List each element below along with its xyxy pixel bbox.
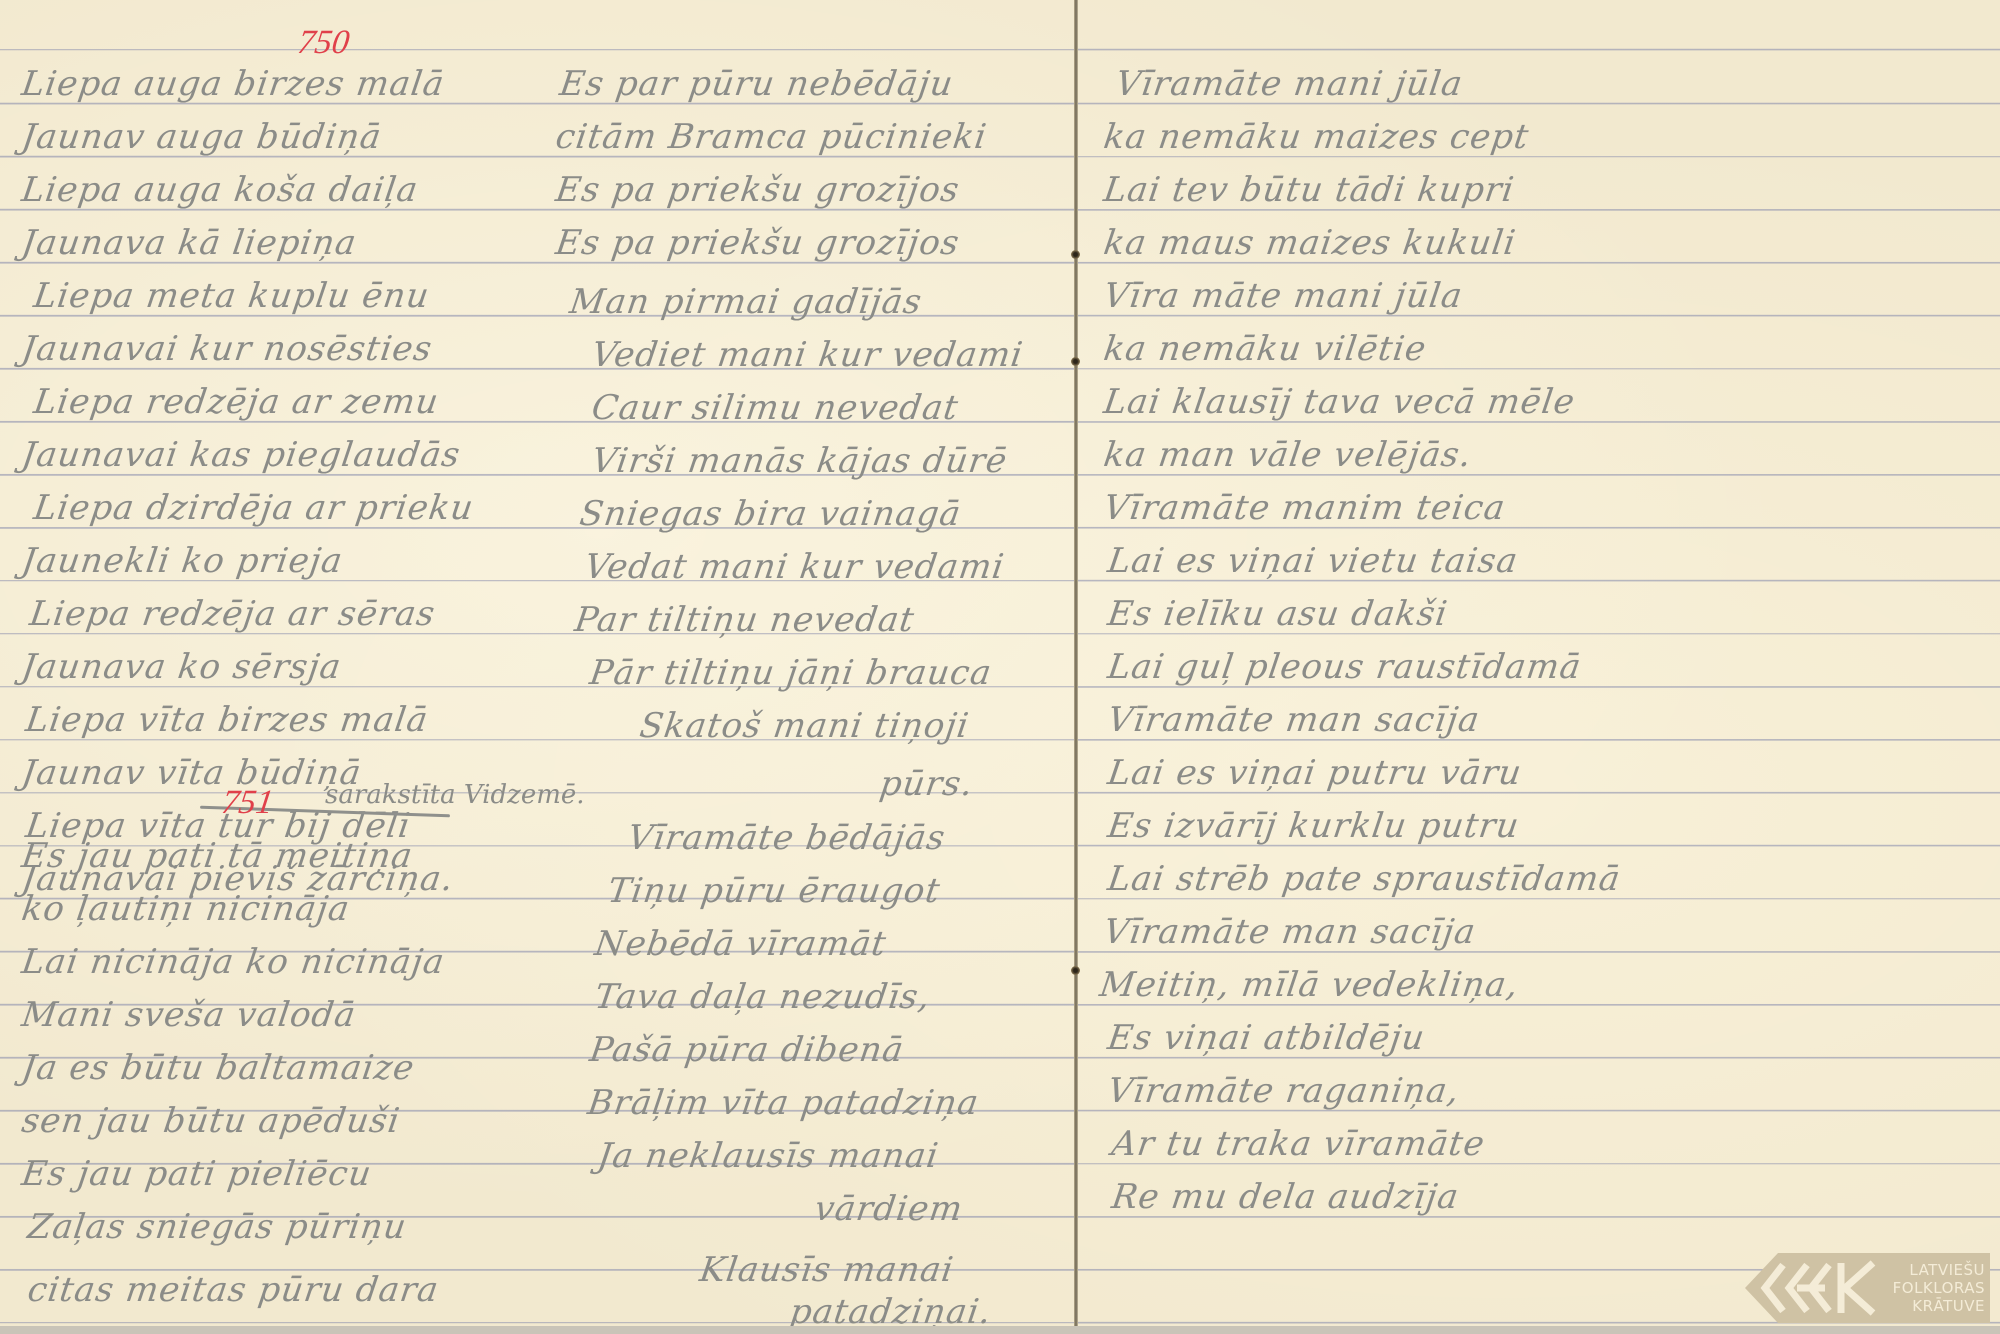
verse-line: ka nemāku maizes cept <box>1101 117 1531 157</box>
verse-line: Ar tu traka vīramāte <box>1109 1124 1487 1164</box>
left-page: 750 Liepa auga birzes malā Jaunav auga b… <box>0 0 1075 1326</box>
verse-line: Vīramāte mani jūla <box>1113 64 1465 104</box>
verse-line: Ja neklausīs manai <box>595 1136 941 1176</box>
scan-bottom-edge <box>0 1326 2000 1334</box>
verse-line: Jaunava kā liepiņa <box>19 223 359 263</box>
verse-line: Ja es būtu baltamaize <box>19 1048 417 1088</box>
notebook-spread: 750 Liepa auga birzes malā Jaunav auga b… <box>0 0 2000 1326</box>
verse-line: Vīramāte bēdājās <box>625 818 948 858</box>
verse-line: Vīra māte mani jūla <box>1101 276 1465 316</box>
verse-line: Es jau pati pieliēcu <box>19 1154 374 1194</box>
verse-line: Es izvārīj kurklu putru <box>1105 806 1522 846</box>
verse-line: Nebēdā vīramāt <box>592 924 889 964</box>
verse-line: Es par pūru nebēdāju <box>557 64 956 104</box>
verse-line: Liepa auga birzes malā <box>19 64 447 104</box>
verse-line: Vīramāte man sacīja <box>1105 700 1482 740</box>
verse-line: Jaunav auga būdiņā <box>19 117 384 157</box>
verse-line: Liepa redzēja ar zemu <box>31 382 441 422</box>
verse-line: Pār tiltiņu jāņi brauca <box>587 653 994 693</box>
verse-line: Lai klausīj tava vecā mēle <box>1101 382 1577 422</box>
logo-text: LATVIEŠU FOLKLORAS KRĀTUVE <box>1889 1261 1985 1315</box>
verse-line: Lai es viņai vietu taisa <box>1105 541 1521 581</box>
verse-line: pūrs. <box>877 764 976 804</box>
verse-line: Pašā pūra dibenā <box>587 1030 906 1070</box>
verse-line: Skatoš mani tiņoji <box>637 706 972 746</box>
verse-line: Liepa meta kuplu ēnu <box>31 276 432 316</box>
verse-line: Liepa redzēja ar sēras <box>27 594 438 634</box>
verse-line: Es pa priekšu grozījos <box>553 170 962 210</box>
verse-line: Lai strēb pate spraustīdamā <box>1105 859 1623 899</box>
verse-line: ka maus maizes kukuli <box>1101 223 1518 263</box>
logo-line-3: KRĀTUVE <box>1889 1297 1985 1315</box>
verse-line: Meitiņ, mīlā vedekliņa, <box>1097 965 1521 1005</box>
verse-line: Klausīs manai <box>697 1250 956 1290</box>
verse-line: Es viņai atbildēju <box>1105 1018 1427 1058</box>
verse-line: Sniegas bira vainagā <box>577 494 964 534</box>
verse-line: vārdiem <box>812 1189 965 1229</box>
verse-line: Lai tev būtu tādi kupri <box>1101 170 1517 210</box>
verse-line: Es jau pati tā meitiņa <box>19 836 415 876</box>
verse-line: Re mu dela audzīja <box>1109 1177 1461 1217</box>
logo-line-1: LATVIEŠU <box>1889 1261 1985 1279</box>
verse-line: Liepa dzirdēja ar prieku <box>31 488 476 528</box>
song-number-751: 751 <box>219 784 275 822</box>
verse-line: Virši manās kājas dūrē <box>589 441 1010 481</box>
verse-line: Jaunava ko sērsja <box>19 647 344 687</box>
verse-line: Lai es viņai putru vāru <box>1105 753 1524 793</box>
verse-line: Es pa priekšu grozījos <box>553 223 962 263</box>
verse-line: Jaunav vīta būdiņā <box>19 753 364 793</box>
verse-line: Par tiltiņu nevedat <box>572 600 917 640</box>
verse-line: citas meitas pūru dara <box>25 1270 441 1310</box>
verse-line: Jaunavai kas pieglaudās <box>19 435 463 475</box>
source-note: sarakstīta Vidzemē. <box>325 780 585 810</box>
verse-line: Zaļas sniegās pūriņu <box>25 1207 409 1247</box>
verse-line: patadziņai. <box>787 1292 994 1326</box>
verse-line: Lai nicināja ko nicināja <box>19 942 447 982</box>
song-number-750: 750 <box>295 24 351 62</box>
verse-line: Tiņu pūru ēraugot <box>605 871 943 911</box>
verse-line: Vīramāte raganiņa, <box>1105 1071 1462 1111</box>
verse-line: ka nemāku vilētie <box>1101 329 1429 369</box>
verse-line: citām Bramca pūcinieki <box>553 117 989 157</box>
verse-line: Jaunekli ko prieja <box>19 541 345 581</box>
verse-line: Man pirmai gadījās <box>567 282 924 322</box>
verse-line: Jaunavai kur nosēsties <box>19 329 435 369</box>
verse-line: Lai guļ pleous raustīdamā <box>1105 647 1584 687</box>
verse-line: ko ļautiņi nicināja <box>19 889 352 929</box>
verse-line: Tava daļa nezudīs, <box>592 977 933 1017</box>
verse-line: Vīramāte manim teica <box>1101 488 1508 528</box>
verse-line: sen jau būtu apēduši <box>19 1101 403 1141</box>
verse-line: Es ielīku asu dakši <box>1105 594 1450 634</box>
verse-line: Vīramāte man sacīja <box>1101 912 1478 952</box>
lfk-archive-logo: LATVIEŠU FOLKLORAS KRĀTUVE <box>1745 1253 1990 1323</box>
logo-line-2: FOLKLORAS <box>1889 1279 1985 1297</box>
verse-line: Liepa vīta birzes malā <box>23 700 431 740</box>
verse-line: Liepa auga koša daiļa <box>19 170 421 210</box>
verse-line: ka man vāle velējās. <box>1101 435 1474 475</box>
verse-line: Vediet mani kur vedami <box>589 335 1026 375</box>
verse-line: Mani sveša valodā <box>19 995 358 1035</box>
right-page: Vīramāte mani jūla ka nemāku maizes cept… <box>1078 0 2000 1326</box>
verse-line: Vedat mani kur vedami <box>582 547 1007 587</box>
verse-line: Brāļim vīta patadziņa <box>585 1083 981 1123</box>
verse-line: Caur silimu nevedat <box>589 388 961 428</box>
